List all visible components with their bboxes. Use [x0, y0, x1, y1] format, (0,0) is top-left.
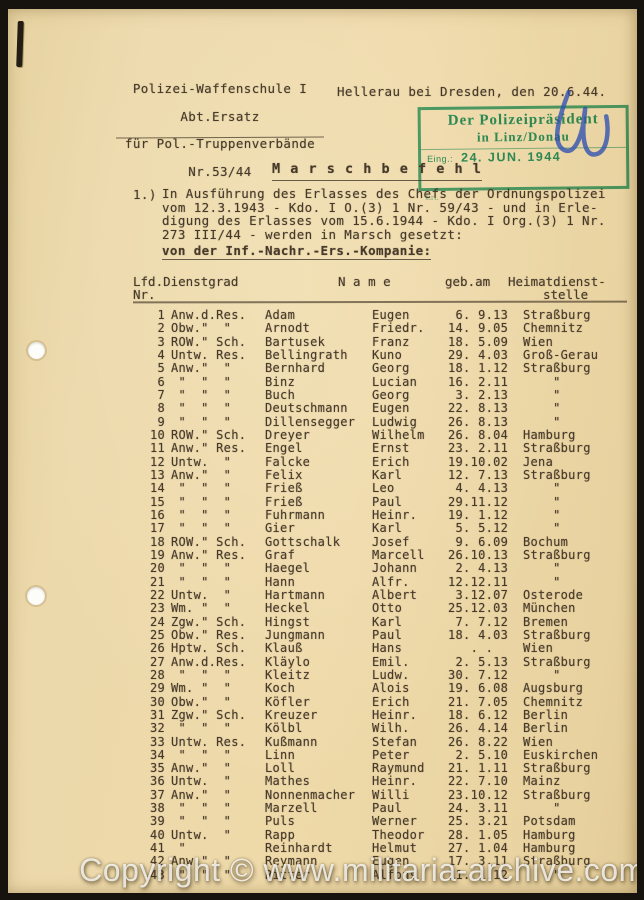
table-row: 18 ROW." Sch. Gottschalk Josef 9. 6.09 B…: [133, 536, 633, 549]
cell-number: 29: [133, 682, 165, 695]
cell-firstname: Paul: [372, 802, 402, 815]
cell-number: 14: [133, 482, 165, 495]
cell-birthdate: 6. 9.13: [448, 309, 508, 322]
cell-home-duty-station: ": [523, 376, 561, 389]
cell-rank: Untw. ": [171, 589, 231, 602]
cell-number: 34: [133, 749, 165, 762]
cell-surname: Engel: [265, 442, 303, 455]
document-page: Polizei-Waffenschule I Abt.Ersatz für Po…: [8, 9, 637, 893]
table-row: 26 Hptw. Sch. Klauß Hans . . Wien: [133, 642, 633, 655]
table-row: 23 Wm. " " Heckel Otto 25.12.03 München: [133, 602, 633, 615]
cell-number: 32: [133, 722, 165, 735]
cell-rank: " " ": [171, 522, 231, 535]
cell-number: 7: [133, 389, 165, 402]
table-row: 2 Obw." " Arnodt Friedr. 14. 9.05 Chemni…: [133, 322, 633, 335]
cell-birthdate: 18. 1.12: [448, 362, 508, 375]
cell-home-duty-station: ": [523, 416, 561, 429]
cell-rank: " " ": [171, 416, 231, 429]
cell-firstname: Karl: [372, 616, 402, 629]
cell-home-duty-station: Straßburg: [523, 442, 591, 455]
table-row: 36 Untw. " Mathes Heinr. 22. 7.10 Mainz: [133, 775, 633, 788]
cell-birthdate: . .: [448, 642, 493, 655]
cell-firstname: Karl: [372, 469, 402, 482]
cell-birthdate: 21. 1.11: [448, 762, 508, 775]
cell-surname: Arnodt: [265, 322, 310, 335]
cell-number: 19: [133, 549, 165, 562]
cell-number: 9: [133, 416, 165, 429]
cell-rank: " " ": [171, 802, 231, 815]
cell-surname: Frieß: [265, 496, 303, 509]
cell-rank: Obw." ": [171, 696, 231, 709]
table-row: 13 Anw." " Felix Karl 12. 7.13 Straßburg: [133, 469, 633, 482]
cell-birthdate: 23. 2.11: [448, 442, 508, 455]
cell-surname: Bartusek: [265, 336, 325, 349]
cell-home-duty-station: Potsdam: [523, 815, 576, 828]
cell-number: 20: [133, 562, 165, 575]
cell-rank: Obw." ": [171, 322, 231, 335]
cell-home-duty-station: Wien: [523, 736, 553, 749]
cell-birthdate: 23.10.12: [448, 789, 508, 802]
cell-rank: " " ": [171, 482, 231, 495]
paragraph-text: In Ausführung des Erlasses des Chefs der…: [162, 187, 606, 241]
cell-surname: Kölbl: [265, 722, 303, 735]
cell-birthdate: 26. 8.22: [448, 736, 508, 749]
cell-number: 4: [133, 349, 165, 362]
pen-mark: [542, 82, 626, 176]
cell-number: 8: [133, 402, 165, 415]
cell-firstname: Kuno: [372, 349, 402, 362]
cell-home-duty-station: Straßburg: [523, 656, 591, 669]
cell-rank: ROW." Sch.: [171, 336, 246, 349]
cell-home-duty-station: Berlin: [523, 722, 568, 735]
table-header-rule: [133, 301, 627, 304]
page-title: M a r s c h b e f e h l: [272, 161, 482, 181]
cell-rank: " " ": [171, 376, 231, 389]
cell-rank: " " ": [171, 669, 231, 682]
cell-firstname: Eugen: [372, 402, 410, 415]
cell-birthdate: 4. 4.13: [448, 482, 508, 495]
paragraph-number: 1.): [133, 187, 157, 202]
cell-rank: Anw." Res.: [171, 442, 246, 455]
cell-surname: Kußmann: [265, 736, 318, 749]
cell-birthdate: 26. 8.04: [448, 429, 508, 442]
cell-firstname: Johann: [372, 562, 417, 575]
cell-surname: Gottschalk: [265, 536, 340, 549]
cell-birthdate: 16. 2.11: [448, 376, 508, 389]
cell-surname: Puls: [265, 815, 295, 828]
cell-number: 33: [133, 736, 165, 749]
cell-rank: Anw." ": [171, 362, 231, 375]
cell-surname: Köfler: [265, 696, 310, 709]
cell-birthdate: 18. 4.03: [448, 629, 508, 642]
cell-firstname: Wilh.: [372, 722, 410, 735]
table-row: 20 " " " Haegel Johann 2. 4.13 ": [133, 562, 633, 575]
cell-number: 22: [133, 589, 165, 602]
cell-firstname: Albert: [372, 589, 417, 602]
cell-firstname: Erich: [372, 696, 410, 709]
cell-firstname: Stefan: [372, 736, 417, 749]
cell-rank: Zgw." Sch.: [171, 616, 246, 629]
cell-rank: " " ": [171, 509, 231, 522]
cell-surname: Dillensegger: [265, 416, 355, 429]
cell-rank: Wm. " ": [171, 682, 231, 695]
cell-birthdate: 19.10.02: [448, 456, 508, 469]
table-row: 29 Wm. " " Koch Alois 19. 6.08 Augsburg: [133, 682, 633, 695]
cell-number: 25: [133, 629, 165, 642]
cell-number: 10: [133, 429, 165, 442]
cell-number: 31: [133, 709, 165, 722]
cell-rank: Untw. ": [171, 456, 231, 469]
cell-rank: " " ": [171, 576, 231, 589]
cell-birthdate: 14. 9.05: [448, 322, 508, 335]
cell-surname: Bernhard: [265, 362, 325, 375]
cell-firstname: Heinr.: [372, 775, 417, 788]
cell-number: 40: [133, 829, 165, 842]
cell-firstname: Emil.: [372, 656, 410, 669]
cell-home-duty-station: ": [523, 482, 561, 495]
cell-firstname: Franz: [372, 336, 410, 349]
cell-firstname: Ludwig: [372, 416, 417, 429]
cell-number: 36: [133, 775, 165, 788]
cell-number: 5: [133, 362, 165, 375]
sender-line-3: für Pol.-Truppenverbände: [125, 136, 315, 151]
cell-birthdate: 3.12.07: [448, 589, 508, 602]
table-row: 30 Obw." " Köfler Erich 21. 7.05 Chemnit…: [133, 696, 633, 709]
cell-birthdate: 30. 7.12: [448, 669, 508, 682]
cell-surname: Hingst: [265, 616, 310, 629]
cell-home-duty-station: ": [523, 402, 561, 415]
table-row: 11 Anw." Res. Engel Ernst 23. 2.11 Straß…: [133, 442, 633, 455]
cell-birthdate: 7. 7.12: [448, 616, 508, 629]
cell-rank: " " ": [171, 389, 231, 402]
cell-home-duty-station: ": [523, 509, 561, 522]
cell-number: 3: [133, 336, 165, 349]
cell-birthdate: 28. 1.05: [448, 829, 508, 842]
cell-home-duty-station: München: [523, 602, 576, 615]
cell-number: 11: [133, 442, 165, 455]
table-row: 39 " " " Puls Werner 25. 3.21 Potsdam: [133, 815, 633, 828]
cell-number: 18: [133, 536, 165, 549]
cell-home-duty-station: ": [523, 576, 561, 589]
cell-rank: " " ": [171, 749, 231, 762]
cell-firstname: Friedr.: [372, 322, 425, 335]
cell-surname: Koch: [265, 682, 295, 695]
cell-number: 37: [133, 789, 165, 802]
cell-number: 26: [133, 642, 165, 655]
cell-firstname: Paul: [372, 496, 402, 509]
cell-birthdate: 12.12.11: [448, 576, 508, 589]
table-row: 21 " " " Hann Alfr. 12.12.11 ": [133, 576, 633, 589]
cell-birthdate: 26. 4.14: [448, 722, 508, 735]
cell-birthdate: 22. 8.13: [448, 402, 508, 415]
cell-firstname: Georg: [372, 362, 410, 375]
cell-number: 13: [133, 469, 165, 482]
cell-home-duty-station: Straßburg: [523, 789, 591, 802]
cell-rank: " " ": [171, 815, 231, 828]
copyright-watermark: Copyright © www.militaria-archive.com: [78, 852, 637, 889]
cell-number: 24: [133, 616, 165, 629]
cell-number: 39: [133, 815, 165, 828]
hole-punch: [27, 587, 45, 605]
cell-firstname: Josef: [372, 536, 410, 549]
cell-rank: ROW." Sch.: [171, 429, 246, 442]
cell-birthdate: 22. 7.10: [448, 775, 508, 788]
table-row: 8 " " " Deutschmann Eugen 22. 8.13 ": [133, 402, 633, 415]
cell-firstname: Ernst: [372, 442, 410, 455]
cell-number: 1: [133, 309, 165, 322]
cell-surname: Frieß: [265, 482, 303, 495]
cell-number: 2: [133, 322, 165, 335]
table-row: 32 " " " Kölbl Wilh. 26. 4.14 Berlin: [133, 722, 633, 735]
cell-number: 15: [133, 496, 165, 509]
cell-birthdate: 5. 5.12: [448, 522, 508, 535]
cell-rank: Anw." ": [171, 469, 231, 482]
cell-surname: Gier: [265, 522, 295, 535]
cell-home-duty-station: ": [523, 496, 561, 509]
cell-surname: Haegel: [265, 562, 310, 575]
cell-number: 6: [133, 376, 165, 389]
cell-home-duty-station: Mainz: [523, 775, 561, 788]
cell-rank: Anw." ": [171, 789, 231, 802]
cell-rank: Untw. Res.: [171, 736, 246, 749]
cell-birthdate: 29.11.12: [448, 496, 508, 509]
cell-rank: Anw." Res.: [171, 549, 246, 562]
cell-firstname: Alfr.: [372, 576, 410, 589]
cell-rank: Anw.d.Res.: [171, 656, 246, 669]
cell-birthdate: 19. 6.08: [448, 682, 508, 695]
cell-home-duty-station: Chemnitz: [523, 696, 583, 709]
column-header-nr: Nr.: [133, 287, 156, 302]
cell-birthdate: 2. 5.13: [448, 656, 508, 669]
cell-birthdate: 18. 6.12: [448, 709, 508, 722]
cell-firstname: Alois: [372, 682, 410, 695]
column-header-name: N a m e: [338, 274, 391, 289]
cell-rank: Zgw." Sch.: [171, 709, 246, 722]
cell-firstname: Otto: [372, 602, 402, 615]
cell-number: 21: [133, 576, 165, 589]
column-header-geb-am: geb.am: [445, 274, 490, 289]
sender-line-2: Abt.Ersatz: [180, 109, 259, 124]
cell-birthdate: 26. 8.13: [448, 416, 508, 429]
cell-firstname: Paul: [372, 629, 402, 642]
cell-birthdate: 18. 5.09: [448, 336, 508, 349]
table-row: 17 " " " Gier Karl 5. 5.12 ": [133, 522, 633, 535]
cell-firstname: Werner: [372, 815, 417, 828]
cell-surname: Klauß: [265, 642, 303, 655]
cell-firstname: Georg: [372, 389, 410, 402]
cell-surname: Mathes: [265, 775, 310, 788]
cell-birthdate: 9. 6.09: [448, 536, 508, 549]
cell-firstname: Leo: [372, 482, 395, 495]
roster-table: 1 Anw.d.Res. Adam Eugen 6. 9.13 Straßbur…: [133, 309, 633, 882]
cell-rank: " " ": [171, 402, 231, 415]
cell-home-duty-station: Bremen: [523, 616, 568, 629]
hole-punch: [28, 342, 45, 359]
cell-home-duty-station: Straßburg: [523, 469, 591, 482]
cell-home-duty-station: Jena: [523, 456, 553, 469]
table-row: 24 Zgw." Sch. Hingst Karl 7. 7.12 Bremen: [133, 616, 633, 629]
table-row: 33 Untw. Res. Kußmann Stefan 26. 8.22 Wi…: [133, 736, 633, 749]
cell-surname: Hann: [265, 576, 295, 589]
cell-home-duty-station: ": [523, 522, 561, 535]
cell-firstname: Erich: [372, 456, 410, 469]
table-row: 9 " " " Dillensegger Ludwig 26. 8.13 ": [133, 416, 633, 429]
table-row: 3 ROW." Sch. Bartusek Franz 18. 5.09 Wie…: [133, 336, 633, 349]
cell-rank: Wm. " ": [171, 602, 231, 615]
cell-number: 12: [133, 456, 165, 469]
cell-home-duty-station: Augsburg: [523, 682, 583, 695]
cell-rank: Untw. ": [171, 829, 231, 842]
cell-rank: Untw. Res.: [171, 349, 246, 362]
cell-firstname: Wilhelm: [372, 429, 425, 442]
cell-surname: Deutschmann: [265, 402, 348, 415]
cell-birthdate: 24. 3.11: [448, 802, 508, 815]
cell-birthdate: 3. 2.13: [448, 389, 508, 402]
cell-firstname: Lucian: [372, 376, 417, 389]
cell-home-duty-station: Straßburg: [523, 549, 591, 562]
ink-mark: [16, 21, 24, 67]
table-row: 14 " " " Frieß Leo 4. 4.13 ": [133, 482, 633, 495]
cell-firstname: Karl: [372, 522, 402, 535]
cell-number: 17: [133, 522, 165, 535]
cell-home-duty-station: ": [523, 562, 561, 575]
table-row: 12 Untw. " Falcke Erich 19.10.02 Jena: [133, 456, 633, 469]
cell-birthdate: 29. 4.03: [448, 349, 508, 362]
cell-birthdate: 12. 7.13: [448, 469, 508, 482]
cell-birthdate: 21. 7.05: [448, 696, 508, 709]
cell-birthdate: 26.10.13: [448, 549, 508, 562]
cell-rank: " " ": [171, 496, 231, 509]
cell-rank: Hptw. Sch.: [171, 642, 246, 655]
cell-surname: Heckel: [265, 602, 310, 615]
cell-home-duty-station: Chemnitz: [523, 322, 583, 335]
cell-number: 38: [133, 802, 165, 815]
cell-rank: Anw." ": [171, 762, 231, 775]
cell-surname: Binz: [265, 376, 295, 389]
cell-rank: " " ": [171, 722, 231, 735]
cell-number: 30: [133, 696, 165, 709]
cell-number: 27: [133, 656, 165, 669]
cell-rank: " " ": [171, 562, 231, 575]
table-row: 7 " " " Buch Georg 3. 2.13 ": [133, 389, 633, 402]
sender-line-4: Nr.53/44: [188, 164, 251, 179]
cell-birthdate: 2. 4.13: [448, 562, 508, 575]
section-heading: von der Inf.-Nachr.-Ers.-Kompanie:: [162, 243, 431, 260]
cell-surname: Falcke: [265, 456, 310, 469]
cell-number: 23: [133, 602, 165, 615]
cell-home-duty-station: Bochum: [523, 536, 568, 549]
cell-firstname: Hans: [372, 642, 402, 655]
cell-birthdate: 25.12.03: [448, 602, 508, 615]
cell-number: 16: [133, 509, 165, 522]
table-row: 15 " " " Frieß Paul 29.11.12 ": [133, 496, 633, 509]
cell-home-duty-station: ": [523, 389, 561, 402]
cell-rank: ROW." Sch.: [171, 536, 246, 549]
cell-number: 35: [133, 762, 165, 775]
cell-home-duty-station: Wien: [523, 642, 553, 655]
cell-surname: Kläylo: [265, 656, 310, 669]
sender-line-1: Polizei-Waffenschule I: [133, 81, 307, 96]
cell-birthdate: 19. 1.12: [448, 509, 508, 522]
cell-number: 28: [133, 669, 165, 682]
cell-home-duty-station: Wien: [523, 336, 553, 349]
cell-birthdate: 2. 5.10: [448, 749, 508, 762]
cell-birthdate: 25. 3.21: [448, 815, 508, 828]
table-row: 5 Anw." " Bernhard Georg 18. 1.12 Straßb…: [133, 362, 633, 375]
table-row: 27 Anw.d.Res. Kläylo Emil. 2. 5.13 Straß…: [133, 656, 633, 669]
cell-home-duty-station: Straßburg: [523, 362, 591, 375]
table-row: 6 " " " Binz Lucian 16. 2.11 ": [133, 376, 633, 389]
cell-rank: Untw. ": [171, 775, 231, 788]
